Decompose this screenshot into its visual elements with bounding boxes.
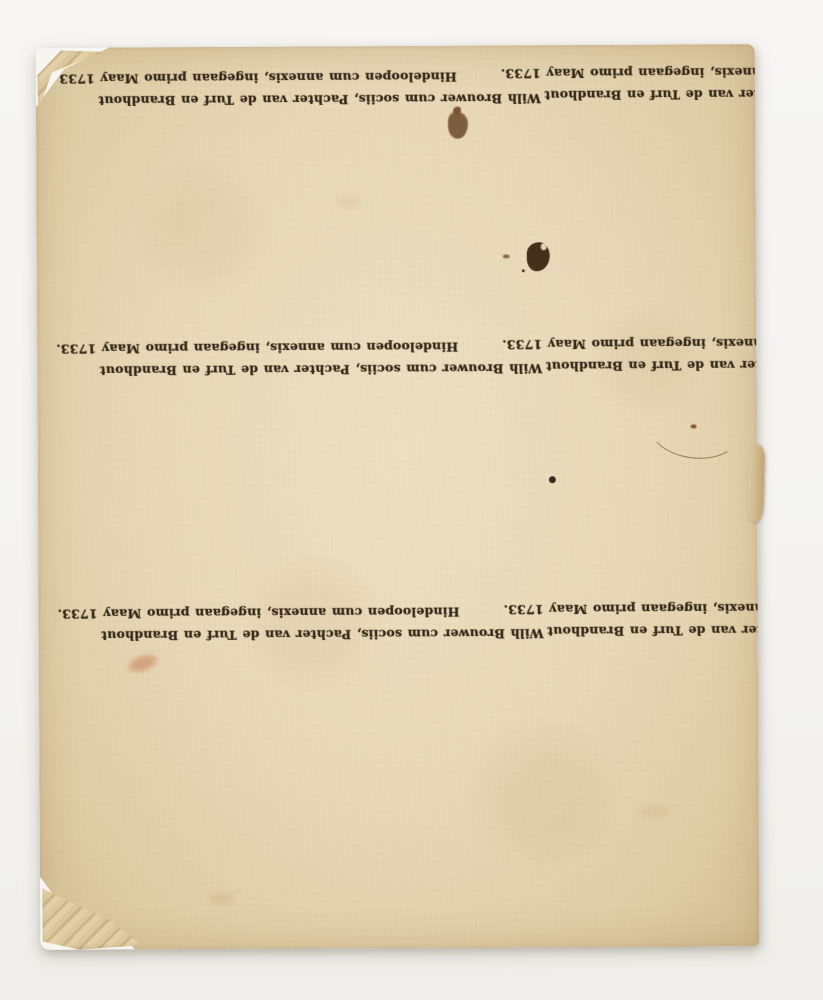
imprint-block-middle-right-clipped: Wilh Brouwer cum sociis, Pachter van de … xyxy=(564,329,759,377)
imprint-line-district: Hindeloopen cum annexis, ingegaan primo … xyxy=(564,331,759,355)
imprint-line-district: Hindeloopen cum annexis, ingegaan primo … xyxy=(566,596,760,620)
small-dark-dot-stain xyxy=(549,476,556,483)
foxing-spot xyxy=(640,805,670,819)
imprint-line-pachter: Wilh Brouwer cum sociis, Pachter van de … xyxy=(120,622,544,646)
photo-of-document: Wilh Brouwer cum sociis, Pachter van de … xyxy=(0,0,823,1000)
imprint-line-pachter: Wilh Brouwer cum sociis, Pachter van de … xyxy=(564,353,759,377)
imprint-line-district: Hindeloopen cum annexis, ingegaan primo … xyxy=(563,60,760,84)
imprint-line-pachter: Wilh Brouwer cum sociis, Pachter van de … xyxy=(118,357,542,381)
imprint-line-pachter: Wilh Brouwer cum sociis, Pachter van de … xyxy=(117,87,541,111)
hairline-scratch-mark xyxy=(644,390,745,464)
right-edge-paper-sliver xyxy=(747,444,765,522)
imprint-line-district: Hindeloopen cum annexis, ingegaan primo … xyxy=(118,335,542,359)
brown-splat-stain xyxy=(448,112,468,139)
dark-ink-blot-highlight xyxy=(541,243,547,250)
imprint-block-top-right-clipped: Wilh Brouwer cum sociis, Pachter van de … xyxy=(563,58,760,106)
foxing-spot xyxy=(336,196,360,208)
hairline-scratch-dot xyxy=(691,424,697,428)
foxing-spot xyxy=(208,893,234,905)
red-smudge-stain xyxy=(125,651,160,676)
imprint-block-top-left: Wilh Brouwer cum sociis, Pachter van de … xyxy=(117,63,541,111)
imprint-block-bottom-right-clipped: Wilh Brouwer cum sociis, Pachter van de … xyxy=(566,594,760,642)
imprint-line-pachter: Wilh Brouwer cum sociis, Pachter van de … xyxy=(566,618,760,642)
small-speck-stain xyxy=(503,254,510,258)
bottom-left-corner-cutout xyxy=(38,873,162,950)
bottom-left-dog-ear-fold xyxy=(40,879,156,950)
dark-ink-blot-stain xyxy=(527,242,550,271)
paper-grain-texture xyxy=(36,44,760,950)
imprint-block-bottom-left: Wilh Brouwer cum sociis, Pachter van de … xyxy=(120,598,544,646)
imprint-block-middle-left: Wilh Brouwer cum sociis, Pachter van de … xyxy=(118,333,542,381)
paper-sheet: Wilh Brouwer cum sociis, Pachter van de … xyxy=(36,44,760,950)
tiny-speck-stain xyxy=(522,269,525,272)
imprint-line-district: Hindeloopen cum annexis, ingegaan primo … xyxy=(117,65,541,89)
imprint-line-pachter: Wilh Brouwer cum sociis, Pachter van de … xyxy=(563,82,760,106)
imprint-line-district: Hindeloopen cum annexis, ingegaan primo … xyxy=(120,600,544,624)
